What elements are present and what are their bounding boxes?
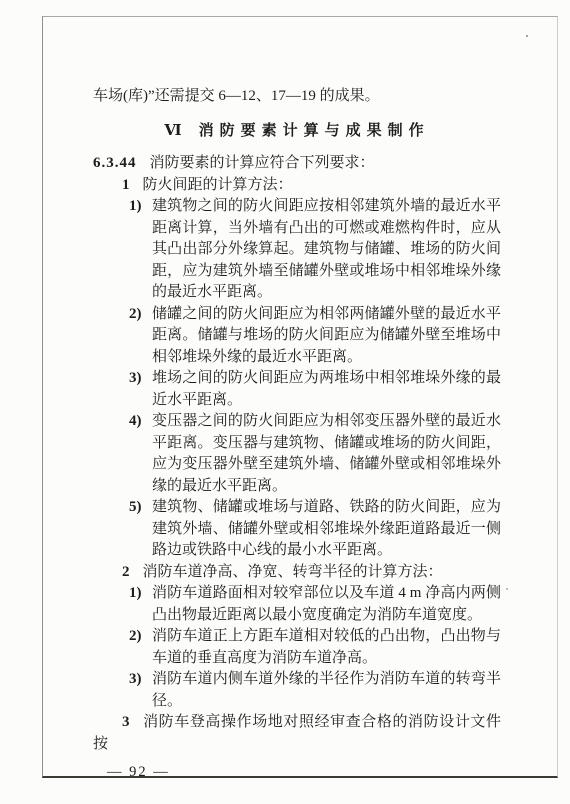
list-item-number: 1 [122, 177, 130, 193]
sub-item-number: 4) [129, 411, 142, 433]
section-heading: Ⅵ消防要素计算与成果制作 [93, 121, 501, 143]
list-item-text: 防火间距的计算方法： [143, 177, 293, 193]
sub-list-item-1-4: 4)变压器之间的防火间距应为相邻变压器外壁的最近水平距离。变压器与建筑物、储罐或… [152, 411, 501, 497]
sub-item-text: 消防车道正上方距车道相对较低的凸出物，凸出物与车道的垂直高度为消防车道净高。 [152, 628, 501, 666]
list-item-text: 消防车登高操作场地对照经审查合格的消防设计文件按 [93, 714, 501, 752]
list-item-2: 2消防车道净高、净宽、转弯半径的计算方法： [93, 562, 501, 584]
clause-paragraph: 6.3.44消防要素的计算应符合下列要求： [93, 153, 501, 175]
sub-item-text: 消防车道内侧车道外缘的半径作为消防车道的转弯半径。 [152, 671, 501, 709]
list-item-1: 1防火间距的计算方法： [93, 175, 501, 197]
sub-item-number: 1) [129, 196, 142, 218]
scanned-page: 车场(库)”还需提交 6—12、17—19 的成果。 Ⅵ消防要素计算与成果制作 … [0, 0, 570, 804]
scan-artifact-dot [506, 588, 508, 590]
intro-paragraph: 车场(库)”还需提交 6—12、17—19 的成果。 [93, 86, 501, 108]
list-item-3: 3消防车登高操作场地对照经审查合格的消防设计文件按 [93, 712, 501, 755]
list-item-number: 3 [122, 714, 130, 730]
sub-list-item-2-1: 1)消防车道路面相对较窄部位以及车道 4 m 净高内两侧凸出物最近距离以最小宽度… [152, 583, 501, 626]
clause-text: 消防要素的计算应符合下列要求： [150, 155, 375, 171]
sub-item-number: 3) [129, 669, 142, 691]
clause-number: 6.3.44 [93, 155, 137, 171]
sub-item-number: 1) [129, 583, 142, 605]
sub-item-text: 建筑物、储罐或堆场与道路、铁路的防火间距，应为建筑外墙、储罐外壁或相邻堆垛外缘距… [152, 499, 501, 558]
sub-item-number: 2) [129, 626, 142, 648]
page-number: — 92 — [107, 762, 501, 784]
heading-title: 消防要素计算与成果制作 [199, 123, 430, 139]
sub-item-number: 3) [129, 368, 142, 390]
sub-item-text: 消防车道路面相对较窄部位以及车道 4 m 净高内两侧凸出物最近距离以最小宽度确定… [152, 585, 501, 623]
sub-list-item-1-5: 5)建筑物、储罐或堆场与道路、铁路的防火间距，应为建筑外墙、储罐外壁或相邻堆垛外… [152, 497, 501, 562]
sub-item-text: 建筑物之间的防火间距应按相邻建筑外墙的最近水平距离计算，当外墙有凸出的可燃或难燃… [152, 198, 501, 300]
sub-item-text: 堆场之间的防火间距应为两堆场中相邻堆垛外缘的最近水平距离。 [152, 370, 501, 408]
scan-artifact-dot [526, 35, 528, 37]
heading-numeral: Ⅵ [164, 123, 182, 139]
sub-item-number: 5) [129, 497, 142, 519]
sub-list-item-2-3: 3)消防车道内侧车道外缘的半径作为消防车道的转弯半径。 [152, 669, 501, 712]
document-content: 车场(库)”还需提交 6—12、17—19 的成果。 Ⅵ消防要素计算与成果制作 … [93, 86, 501, 784]
sub-item-text: 储罐之间的防火间距应为相邻两储罐外壁的最近水平距离。储罐与堆场的防火间距应为储罐… [152, 306, 501, 365]
list-item-number: 2 [122, 564, 130, 580]
sub-list-item-1-1: 1)建筑物之间的防火间距应按相邻建筑外墙的最近水平距离计算，当外墙有凸出的可燃或… [152, 196, 501, 304]
sub-item-number: 2) [129, 304, 142, 326]
sub-list-item-1-3: 3)堆场之间的防火间距应为两堆场中相邻堆垛外缘的最近水平距离。 [152, 368, 501, 411]
list-item-text: 消防车道净高、净宽、转弯半径的计算方法： [143, 564, 443, 580]
sub-list-item-1-2: 2)储罐之间的防火间距应为相邻两储罐外壁的最近水平距离。储罐与堆场的防火间距应为… [152, 304, 501, 369]
sub-list-item-2-2: 2)消防车道正上方距车道相对较低的凸出物，凸出物与车道的垂直高度为消防车道净高。 [152, 626, 501, 669]
sub-item-text: 变压器之间的防火间距应为相邻变压器外壁的最近水平距离。变压器与建筑物、储罐或堆场… [152, 413, 501, 494]
